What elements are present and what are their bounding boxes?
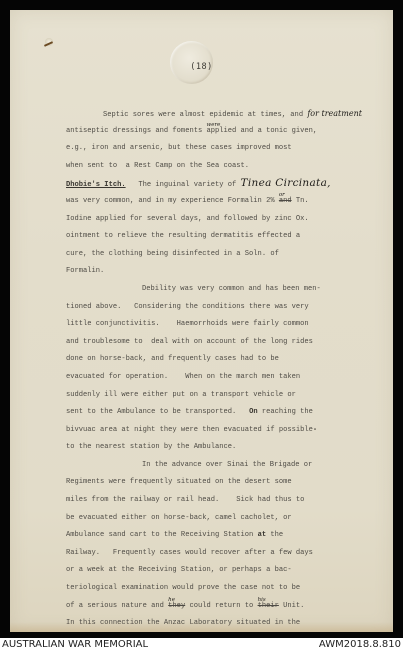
document-viewer: (18) Septic sores were almost epidemic a… — [0, 0, 403, 653]
typed-text: In this connection the Anzac Laboratory … — [66, 619, 300, 627]
footer-bar: AUSTRALIAN WAR MEMORIAL AWM2018.8.810 — [0, 638, 403, 653]
text-line: or a week at the Receiving Station, or p… — [66, 562, 393, 580]
typed-text: of a serious nature and — [66, 602, 168, 610]
typed-text: reaching the — [258, 408, 313, 416]
typed-text: when sent to a Rest Camp on the Sea coas… — [66, 162, 249, 170]
typed-text: applied and a tonic given, — [206, 127, 317, 135]
text-line: Iodine applied for several days, and fol… — [66, 211, 393, 229]
typed-text: Railway. Frequently cases would recover … — [66, 549, 313, 557]
typed-text: e.g., iron and arsenic, but these cases … — [66, 144, 292, 152]
text-line: cure, the clothing being disinfected in … — [66, 246, 393, 264]
typed-text: and — [279, 197, 292, 205]
typed-text: tioned above. Considering the conditions… — [66, 303, 309, 311]
typed-text: Unit. — [279, 602, 305, 610]
text-line: evacuated for operation. When on the mar… — [66, 369, 393, 387]
accession-number: AWM2018.8.810 — [319, 639, 401, 650]
typed-text: Tn. — [292, 197, 309, 205]
typed-text: or a week at the Receiving Station, or p… — [66, 566, 292, 574]
text-line: be evacuated either on horse-back, camel… — [66, 510, 393, 528]
document-page: (18) Septic sores were almost epidemic a… — [10, 10, 393, 632]
text-line: and troublesome to deal with on account … — [66, 334, 393, 352]
typed-text: antiseptic dressings and foments — [66, 127, 206, 135]
text-line: Formalin. — [66, 263, 393, 281]
text-line: Railway. Frequently cases would recover … — [66, 545, 393, 563]
text-line: antiseptic dressings and foments wereapp… — [66, 123, 393, 141]
text-line: done on horse-back, and frequently cases… — [66, 351, 393, 369]
typed-text: On — [249, 408, 258, 416]
typed-text: Formalin. — [66, 267, 104, 275]
pin-hole-mark — [44, 38, 54, 46]
text-line: Dhobie's Itch. The inguinal variety of T… — [66, 175, 393, 193]
text-line: Septic sores were almost epidemic at tim… — [66, 105, 393, 123]
page-number: (18) — [10, 62, 393, 72]
typed-text: Debility was very common and has been me… — [142, 285, 321, 293]
typed-text: The inguinal variety of — [126, 181, 241, 189]
text-line: bivvuac area at night they were then eva… — [66, 422, 393, 440]
text-line: little conjunctivitis. Haemorrhoids were… — [66, 316, 393, 334]
typed-text: cure, the clothing being disinfected in … — [66, 250, 279, 258]
text-line: Debility was very common and has been me… — [66, 281, 393, 299]
typed-text: sent to the Ambulance to be transported. — [66, 408, 249, 416]
typed-text: In the advance over Sinai the Brigade or — [142, 461, 312, 469]
typed-text: - — [313, 426, 317, 434]
typed-text: teriological examination would prove the… — [66, 584, 300, 592]
typed-text: Ambulance sand cart to the Receiving Sta… — [66, 531, 258, 539]
typed-text: suddenly ill were either put on a transp… — [66, 391, 296, 399]
text-line: to the nearest station by the Ambulance. — [66, 439, 393, 457]
text-line: In this connection the Anzac Laboratory … — [66, 615, 393, 632]
text-line: In the advance over Sinai the Brigade or — [66, 457, 393, 475]
typed-text: the — [266, 531, 283, 539]
institution-label: AUSTRALIAN WAR MEMORIAL — [2, 639, 148, 650]
typed-text: Septic sores were almost epidemic at tim… — [103, 111, 307, 119]
typed-text: could return to — [185, 602, 257, 610]
text-line: suddenly ill were either put on a transp… — [66, 387, 393, 405]
text-line: teriological examination would prove the… — [66, 580, 393, 598]
typed-text: and troublesome to deal with on account … — [66, 338, 313, 346]
typed-text-body: Septic sores were almost epidemic at tim… — [66, 105, 393, 632]
typed-text: Dhobie's Itch. — [66, 181, 126, 189]
text-line: Regiments were frequently situated on th… — [66, 474, 393, 492]
text-line: tioned above. Considering the conditions… — [66, 299, 393, 317]
text-line: Ambulance sand cart to the Receiving Sta… — [66, 527, 393, 545]
text-line: when sent to a Rest Camp on the Sea coas… — [66, 158, 393, 176]
text-line: e.g., iron and arsenic, but these cases … — [66, 140, 393, 158]
handwritten-annotation: for treatment — [307, 109, 362, 118]
typed-text: done on horse-back, and frequently cases… — [66, 355, 279, 363]
typed-text: Iodine applied for several days, and fol… — [66, 215, 309, 223]
text-line: sent to the Ambulance to be transported.… — [66, 404, 393, 422]
typed-text: bivvuac area at night they were then eva… — [66, 426, 313, 434]
typed-text: little conjunctivitis. Haemorrhoids were… — [66, 320, 309, 328]
text-line: was very common, and in my experience Fo… — [66, 193, 393, 211]
typed-text: be evacuated either on horse-back, camel… — [66, 514, 292, 522]
text-line: of a serious nature and hethey could ret… — [66, 598, 393, 616]
typed-text: Regiments were frequently situated on th… — [66, 478, 292, 486]
typed-text: ointment to relieve the resulting dermat… — [66, 232, 300, 240]
typed-text: at — [258, 531, 267, 539]
text-line: miles from the railway or rail head. Sic… — [66, 492, 393, 510]
typed-text: was very common, and in my experience Fo… — [66, 197, 279, 205]
text-line: ointment to relieve the resulting dermat… — [66, 228, 393, 246]
typed-text: miles from the railway or rail head. Sic… — [66, 496, 304, 504]
typed-text: evacuated for operation. When on the mar… — [66, 373, 300, 381]
typed-text: to the nearest station by the Ambulance. — [66, 443, 236, 451]
handwritten-annotation: Tinea Circinata, — [241, 177, 331, 189]
